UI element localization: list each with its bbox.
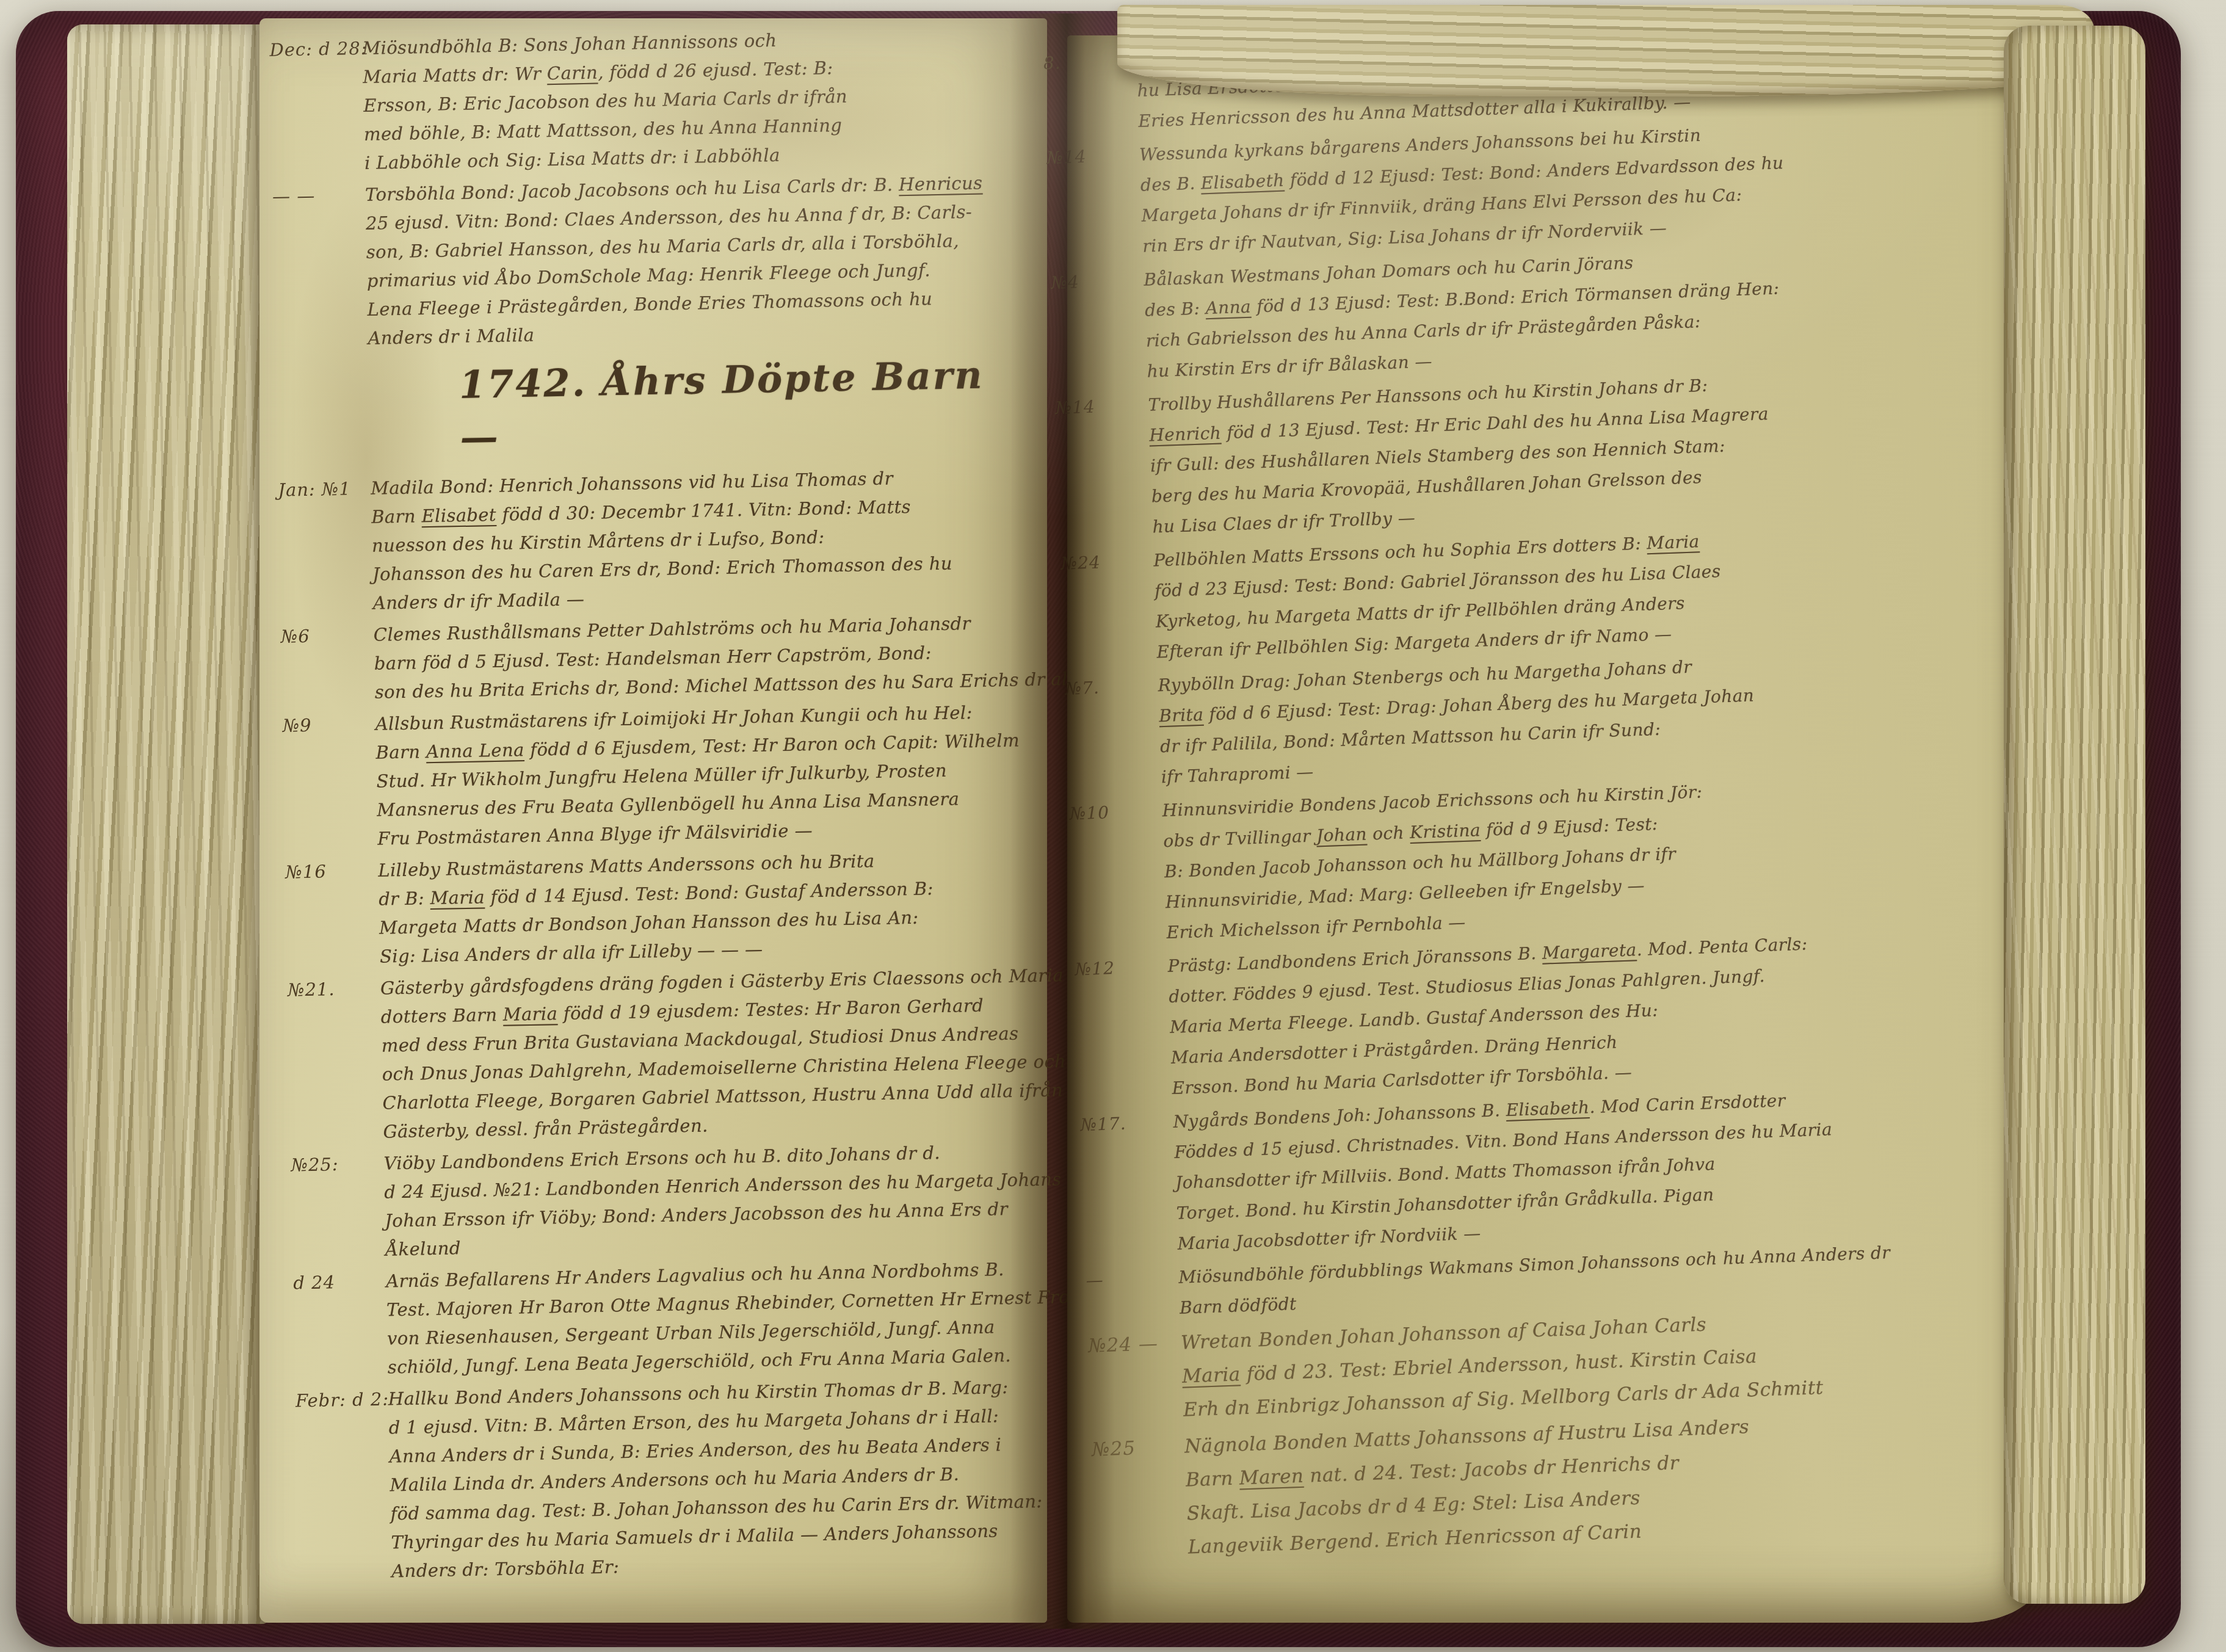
entry-margin-label: №24 bbox=[1060, 546, 1148, 579]
ragged-page-stack-right bbox=[2004, 26, 2145, 1604]
entry-margin-label: Jan: №1 bbox=[278, 474, 365, 505]
right-page: 8.Kukirallby Bond. Abraham Erichssons B.… bbox=[1067, 35, 2043, 1623]
entry-margin-label: №25 bbox=[1091, 1430, 1179, 1467]
register-entry: №21.Gästerby gårdsfogdens dräng fogden i… bbox=[380, 962, 1053, 1147]
register-entry: №14Trollby Hushållarens Per Hanssons och… bbox=[1148, 360, 2026, 543]
entry-margin-label: №24 — bbox=[1087, 1327, 1175, 1363]
right-page-text: 8.Kukirallby Bond. Abraham Erichssons B.… bbox=[1136, 15, 2063, 1615]
register-entry: Dec: d 28:Miösundböhla B: Sons Johan Han… bbox=[362, 21, 1034, 178]
register-entry: №16Lilleby Rustmästarens Matts Andersson… bbox=[378, 844, 1049, 971]
ragged-page-stack-top bbox=[1117, 5, 2094, 96]
register-entry: d 24Arnäs Befallarens Hr Anders Lagvaliu… bbox=[386, 1255, 1057, 1382]
left-page-text: Dec: d 28:Miösundböhla B: Sons Johan Han… bbox=[362, 21, 1062, 1617]
entry-margin-label: №14 bbox=[1055, 390, 1143, 424]
entry-margin-label: №6 bbox=[280, 621, 368, 651]
register-entry: №17.Nygårds Bondens Joh: Johanssons B. E… bbox=[1173, 1076, 2051, 1259]
entry-margin-label: — bbox=[1086, 1263, 1173, 1296]
entry-margin-label: d 24 bbox=[293, 1267, 380, 1298]
entry-margin-label: Dec: d 28: bbox=[269, 34, 357, 65]
entry-margin-label: №25: bbox=[291, 1150, 378, 1180]
entry-margin-label: №12 bbox=[1075, 951, 1162, 985]
year-heading: 1742. Åhrs Döpte Barn — bbox=[368, 343, 1040, 474]
register-entry: №25:Viöby Landbondens Erich Ersons och h… bbox=[383, 1137, 1054, 1264]
entry-margin-label: №16 bbox=[285, 857, 372, 887]
entry-margin-label: №10 bbox=[1069, 796, 1157, 830]
register-entry: Febr: d 2:Hallku Bond Anders Johanssons … bbox=[388, 1372, 1060, 1586]
entry-margin-label: №21. bbox=[288, 974, 375, 1005]
ragged-page-stack-left bbox=[67, 24, 269, 1624]
register-entry: №12Prästg: Landbondens Erich Jöranssons … bbox=[1167, 921, 2045, 1104]
register-entry: №9Allsbun Rustmästarens ifr Loimijoki Hr… bbox=[375, 697, 1046, 853]
entry-margin-label: №14 bbox=[1046, 140, 1134, 173]
register-entry: — —Torsböhla Bond: Jacob Jacobsons och h… bbox=[365, 168, 1037, 353]
entry-margin-label: №4 bbox=[1051, 265, 1139, 299]
register-entry: Jan: №1Madila Bond: Henrich Johanssons v… bbox=[371, 462, 1042, 618]
entry-margin-label: №7. bbox=[1065, 671, 1153, 705]
entry-margin-label: Febr: d 2: bbox=[295, 1385, 383, 1416]
entry-margin-label: №17. bbox=[1080, 1107, 1168, 1140]
entry-margin-label: — — bbox=[272, 181, 360, 211]
register-entry: №25Nägnola Bonden Matts Johanssons af Hu… bbox=[1184, 1400, 2061, 1565]
entry-margin-label: №9 bbox=[282, 710, 369, 741]
register-entry: №10Hinnunsviridie Bondens Jacob Erichsso… bbox=[1162, 765, 2040, 948]
register-entry: №6Clemes Rusthållsmans Petter Dahlströms… bbox=[373, 608, 1044, 707]
left-page: Dec: d 28:Miösundböhla B: Sons Johan Han… bbox=[259, 18, 1047, 1623]
